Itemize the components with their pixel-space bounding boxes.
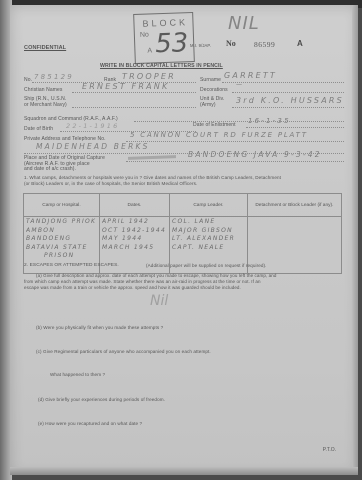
surname-label: Surname <box>200 77 221 83</box>
section2-a-line3: escape was made from a train or vehicle … <box>24 285 241 290</box>
block-stamp: BLOCK No A 53 <box>133 12 195 64</box>
section2-a-line2: from which camp each attempt was made. S… <box>24 279 261 284</box>
enlistment-label: Date of Enlistment <box>193 122 236 128</box>
date-entry: MAY 1944 <box>102 235 167 244</box>
date-entry: MARCH 1945 <box>102 244 167 253</box>
camp-entry: BATAVIA STATE <box>26 244 97 253</box>
section2-a-line1: (a) Give full description and approx. da… <box>36 273 276 278</box>
col-camp-header: Camp or Hospital. <box>24 194 100 217</box>
date-entry: APRIL 1942 <box>102 218 167 227</box>
section2-e: (e) How were you recaptured and on what … <box>38 421 142 426</box>
stamp-letter: A <box>147 47 152 54</box>
serial-number: 86599 <box>254 40 275 49</box>
unit-rule <box>232 107 344 108</box>
stamp-number: 53 <box>155 28 189 59</box>
unit-value: 3rd K.O. HUSSARS <box>236 96 344 105</box>
capture-value: BANDOENG JAVA 9-3-42 <box>188 150 322 159</box>
capture-label-line3: and date of a/c crash). <box>24 167 105 173</box>
stamp-no-label: No <box>140 32 149 39</box>
nil-annotation: NIL <box>228 13 260 34</box>
section2-note: (Additional paper will be supplied on re… <box>146 263 267 268</box>
col-block-leader-header: Detachment or Block Leader (if any). <box>247 194 341 217</box>
date-entry: OCT 1942-1944 <box>102 227 167 236</box>
ship-label-line2: or Merchant Navy) <box>24 103 67 109</box>
section2-c-sub: What happened to them ? <box>50 372 105 377</box>
section2-d: (d) Give briefly your experiences during… <box>38 397 165 402</box>
escape-answer-nil: Nil <box>150 293 168 309</box>
address-line2: MAIDENHEAD BERKS <box>36 142 150 151</box>
form-ref-label: M.I. 9/JAP. <box>190 43 211 48</box>
please-turn-over: P.T.O. <box>323 447 336 453</box>
ship-rule <box>72 107 196 108</box>
camps-table-header: Camp or Hospital. Dates. Camp Leader. De… <box>24 194 342 217</box>
decorations-label: Decorations <box>200 87 228 93</box>
decorations-rule <box>232 92 344 93</box>
col-dates-header: Dates. <box>99 194 169 217</box>
section2-c: (c) Give Regimental particulars of anyon… <box>36 349 211 354</box>
unit-label-line2: (Army) <box>200 103 224 109</box>
camp-entry: PRISON <box>26 252 97 261</box>
unit-label: Unit & Div. (Army) <box>200 97 224 108</box>
date-of-birth-value: 22-1-1916 <box>66 122 119 130</box>
number-label: No <box>226 39 236 48</box>
enlistment-rule <box>246 127 344 128</box>
enlistment-value: 16-1-35 <box>248 117 291 125</box>
camp-entry: BANDOENG <box>26 235 97 244</box>
no-label: No. <box>24 77 32 83</box>
serial-suffix: A <box>297 39 303 48</box>
ship-label: Ship (R.N., U.S.N. or Merchant Navy) <box>24 97 67 108</box>
section1-question-line1: 1. What camps, detachments or hospitals … <box>24 175 281 180</box>
leader-entry: CAPT. NEALE <box>172 244 245 253</box>
service-number-value: 785129 <box>34 73 74 81</box>
address-line1: 5 CANNON COURT RD FURZE PLATT <box>130 131 308 139</box>
leader-entry: COL. LANE <box>172 218 245 227</box>
surname-value: GARRETT <box>224 71 277 80</box>
date-of-birth-label: Date of Birth <box>24 126 53 132</box>
squadron-rule <box>134 121 344 122</box>
christian-names-label: Christian Names <box>24 87 62 93</box>
section2-title: 2. ESCAPES OR ATTEMPTED ESCAPES. <box>24 263 119 268</box>
rank-value: TROOPER <box>122 72 176 81</box>
christian-names-value: ERNEST FRANK <box>82 82 169 91</box>
section1-question-line2: (or Block) Leaders or, in the case of ho… <box>24 181 197 186</box>
struck-out-text <box>128 155 176 160</box>
sheet-edge <box>352 5 358 475</box>
col-leader-header: Camp Leader. <box>169 194 247 217</box>
sheet-bottom-edge <box>10 467 358 475</box>
camp-entry: AMBON <box>26 227 97 236</box>
camp-entry: TANDJONG PRIOK <box>26 218 97 227</box>
instruction-heading: WRITE IN BLOCK CAPITAL LETTERS IN PENCIL <box>100 63 223 69</box>
section2-b: (b) Were you physically fit when you mad… <box>36 325 163 330</box>
questionnaire-sheet: CONFIDENTIAL BLOCK No A 53 NIL M.I. 9/JA… <box>10 5 358 475</box>
leader-entry: LT. ALEXANDER <box>172 235 245 244</box>
leader-entry: MAJOR GIBSON <box>172 227 245 236</box>
christian-names-rule <box>72 92 196 93</box>
capture-rule <box>126 161 344 162</box>
camps-table: Camp or Hospital. Dates. Camp Leader. De… <box>23 193 342 274</box>
capture-label: Place and Date of Original Capture (Airc… <box>24 156 105 173</box>
stamp-block-label: BLOCK <box>142 17 188 29</box>
classification-label: CONFIDENTIAL <box>24 45 66 51</box>
address-rule-1 <box>126 141 344 142</box>
decorations-value: — <box>236 81 244 88</box>
